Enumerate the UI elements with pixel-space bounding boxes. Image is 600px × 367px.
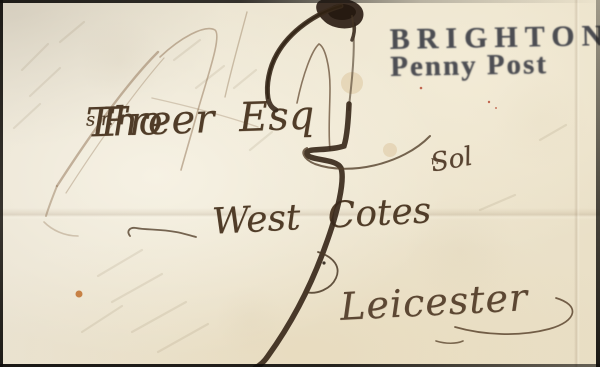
letter-photo: BRIGHTON Penny Post Thos. Freer Esqr. So… [0, 0, 600, 367]
photo-edge-top [0, 0, 600, 3]
rate-mark-strokes [255, 6, 354, 367]
manuscript-rate-mark [0, 0, 600, 367]
photo-edge-right [596, 0, 600, 367]
photo-edge-left [0, 0, 3, 367]
handwriting-swashes [128, 136, 572, 343]
